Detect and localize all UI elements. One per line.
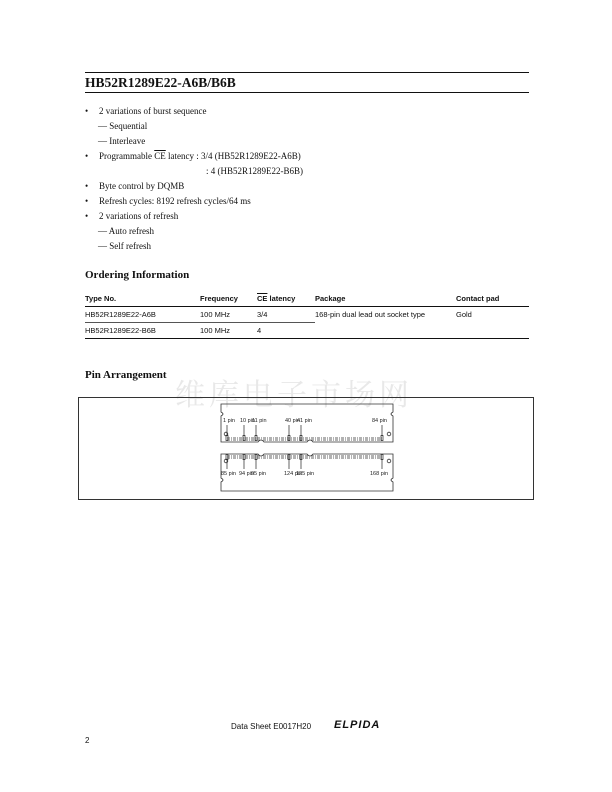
dimm-diagram: 1 pin10 pin11 pin40 pin41 pin84 pin 85 p… bbox=[79, 398, 533, 499]
svg-text:95 pin: 95 pin bbox=[251, 471, 266, 477]
feature-item: : 4 (HB52R1289E22-B6B) bbox=[85, 164, 303, 179]
ordering-table: Type No. Frequency CE latency Package Co… bbox=[85, 292, 529, 339]
elpida-logo: ELPIDA bbox=[334, 719, 380, 731]
svg-text:11 pin: 11 pin bbox=[252, 418, 267, 424]
col-ce-latency: CE latency bbox=[257, 292, 315, 307]
table-row: HB52R1289E22-A6B 100 MHz 3/4 168-pin dua… bbox=[85, 307, 529, 323]
feature-item: •Refresh cycles: 8192 refresh cycles/64 … bbox=[85, 194, 303, 209]
svg-text:125 pin: 125 pin bbox=[296, 471, 314, 477]
col-frequency: Frequency bbox=[200, 292, 257, 307]
svg-text:1 pin: 1 pin bbox=[223, 418, 235, 424]
title-rule bbox=[85, 92, 529, 93]
pin-arrangement-heading: Pin Arrangement bbox=[85, 369, 167, 381]
pin-arrangement-figure: 1 pin10 pin11 pin40 pin41 pin84 pin 85 p… bbox=[78, 397, 534, 500]
svg-text:85 pin: 85 pin bbox=[221, 471, 236, 477]
ordering-heading: Ordering Information bbox=[85, 269, 189, 281]
feature-item: •2 variations of refresh bbox=[85, 209, 303, 224]
svg-text:41 pin: 41 pin bbox=[297, 418, 312, 424]
svg-text:84 pin: 84 pin bbox=[372, 418, 387, 424]
footer-doc-id: Data Sheet E0017H20 bbox=[231, 722, 311, 731]
col-type: Type No. bbox=[85, 292, 200, 307]
page-number: 2 bbox=[85, 736, 89, 745]
svg-text:168 pin: 168 pin bbox=[370, 471, 388, 477]
feature-item: — Auto refresh bbox=[85, 224, 303, 239]
feature-item: — Interleave bbox=[85, 134, 303, 149]
feature-item: — Self refresh bbox=[85, 239, 303, 254]
feature-item: •2 variations of burst sequence bbox=[85, 104, 303, 119]
feature-item: •Programmable CE latency : 3/4 (HB52R128… bbox=[85, 149, 303, 164]
document-title: HB52R1289E22-A6B/B6B bbox=[85, 75, 236, 91]
top-rule bbox=[85, 72, 529, 73]
feature-list: •2 variations of burst sequence— Sequent… bbox=[85, 104, 303, 254]
col-package: Package bbox=[315, 292, 456, 307]
col-contact-pad: Contact pad bbox=[456, 292, 529, 307]
feature-item: — Sequential bbox=[85, 119, 303, 134]
feature-item: •Byte control by DQMB bbox=[85, 179, 303, 194]
